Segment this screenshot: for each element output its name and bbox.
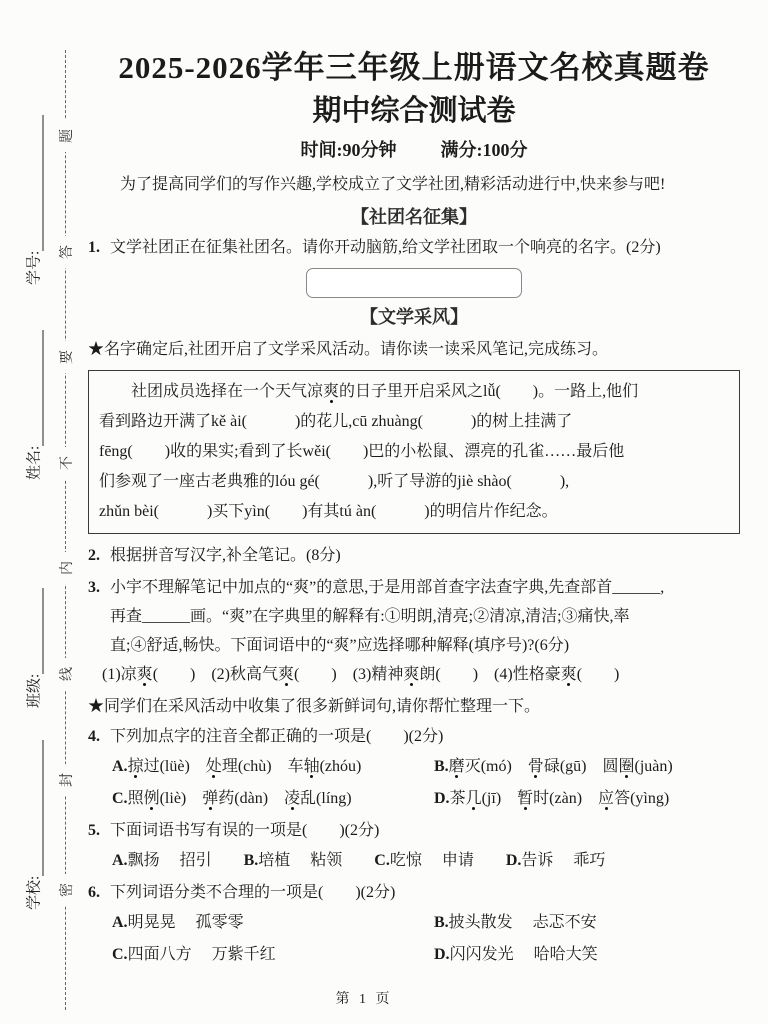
- seal-char: 内: [56, 552, 76, 584]
- question-3-number: 3.: [88, 573, 100, 602]
- exam-content: 2025-2026学年三年级上册语文名校真题卷 期中综合测试卷 时间:90分钟满…: [88, 48, 740, 971]
- full-score: 满分:100分: [441, 140, 528, 160]
- option-b: B.磨灭(mó) 骨碌(gū) 圆圈(juàn): [434, 751, 740, 783]
- note-line: 看到路边开满了kě ài( )的花儿,cū zhuàng( )的树上挂满了: [99, 407, 729, 437]
- seal-char: 不: [56, 447, 76, 479]
- question-5-text: 下面词语书写有误的一项是( )(2分): [110, 822, 379, 839]
- option-a: A.明晃晃 孤零零: [112, 907, 434, 939]
- question-6: 6. 下列词语分类不合理的一项是( )(2分): [88, 878, 740, 907]
- note-line: fēng( )收的果实;看到了长wěi( )巴的小松鼠、漂亮的孔雀……最后他: [99, 437, 729, 467]
- question-5-number: 5.: [88, 816, 100, 845]
- question-2-number: 2.: [88, 541, 100, 570]
- question-3-items: (1)凉爽( ) (2)秋高气爽( ) (3)精神爽朗( ) (4)性格豪爽( …: [88, 660, 740, 690]
- option-a: A.掠过(lüè) 处理(chù) 车轴(zhóu): [112, 751, 434, 783]
- question-6-options-row1: A.明晃晃 孤零零 B.披头散发 忐忑不安: [88, 907, 740, 939]
- seal-char: 线: [56, 658, 76, 690]
- question-3: 3. 小宇不理解笔记中加点的“爽”的意思,于是用部首查字法查字典,先查部首___…: [88, 573, 740, 660]
- section-heading-field-trip: 【文学采风】: [88, 304, 740, 330]
- student-name-label: 姓名:: [23, 446, 44, 480]
- note-line: 社团成员选择在一个天气凉爽的日子里开启采风之lǚ( )。一路上,他们: [99, 377, 729, 407]
- option-c: C.照例(liè) 弹药(dàn) 凌乱(líng): [112, 783, 434, 815]
- school-blank: [23, 740, 44, 876]
- seal-char: 题: [56, 120, 76, 152]
- student-number-blank: [23, 115, 44, 251]
- class-label: 班级:: [23, 674, 44, 708]
- class-field: 班级:: [23, 588, 44, 708]
- question-2-text: 根据拼音写汉字,补全笔记。(8分): [110, 547, 341, 564]
- option-d: D.闪闪发光 哈哈大笑: [434, 939, 740, 971]
- question-4-number: 4.: [88, 722, 100, 751]
- page-number: 第 1 页: [0, 988, 728, 1008]
- seal-char: 答: [56, 236, 76, 268]
- school-field: 学校:: [23, 740, 44, 910]
- seal-char: 密: [56, 874, 76, 906]
- question-5: 5. 下面词语书写有误的一项是( )(2分): [88, 816, 740, 845]
- paper-meta: 时间:90分钟满分:100分: [88, 138, 740, 162]
- question-6-number: 6.: [88, 878, 100, 907]
- note-line: 们参观了一座古老典雅的lóu gé( ),听了导游的jiè shào( ),: [99, 467, 729, 497]
- question-2: 2. 根据拼音写汉字,补全笔记。(8分): [88, 541, 740, 570]
- option-c: C.四面八方 万紫千红: [112, 939, 434, 971]
- question-1: 1. 文学社团正在征集社团名。请你开动脑筋,给文学社团取一个响亮的名字。(2分): [88, 233, 740, 262]
- student-number-field: 学号:: [23, 115, 44, 285]
- seal-line: 题 答 要 不 内 线 封 密: [65, 50, 66, 1010]
- option-d: D.茶几(jī) 暂时(zàn) 应答(yìng): [434, 783, 740, 815]
- field-trip-instruction: ★名字确定后,社团开启了文学采风活动。请你读一读采风笔记,完成练习。: [88, 335, 740, 364]
- question-1-number: 1.: [88, 233, 100, 262]
- question-4-options-row2: C.照例(liè) 弹药(dàn) 凌乱(líng) D.茶几(jī) 暂时(z…: [88, 783, 740, 815]
- note-line: zhǔn bèi( )买下yìn( )有其tú àn( )的明信片作纪念。: [99, 497, 729, 527]
- question-3-line3: 直;④舒适,畅快。下面词语中的“爽”应选择哪种解释(填序号)?(6分): [110, 631, 740, 660]
- question-6-text: 下列词语分类不合理的一项是( )(2分): [110, 884, 395, 901]
- school-label: 学校:: [23, 876, 44, 910]
- question-4: 4. 下列加点字的注音全都正确的一项是( )(2分): [88, 722, 740, 751]
- word-sorting-instruction: ★同学们在采风活动中收集了很多新鲜词句,请你帮忙整理一下。: [88, 692, 740, 721]
- paper-subtitle: 期中综合测试卷: [88, 92, 740, 130]
- seal-char: 封: [56, 764, 76, 796]
- student-name-blank: [23, 330, 44, 446]
- question-4-options-row1: A.掠过(lüè) 处理(chù) 车轴(zhóu) B.磨灭(mó) 骨碌(g…: [88, 751, 740, 783]
- student-number-label: 学号:: [23, 251, 44, 285]
- option-b: B.披头散发 忐忑不安: [434, 907, 740, 939]
- time-limit: 时间:90分钟: [301, 140, 397, 160]
- field-notes-box: 社团成员选择在一个天气凉爽的日子里开启采风之lǚ( )。一路上,他们 看到路边开…: [88, 370, 740, 534]
- exam-paper-page: 题 答 要 不 内 线 封 密 学号: 姓名: 班级: 学校: 2025-202…: [0, 0, 768, 1024]
- question-3-line2: 再查______画。“爽”在字典里的解释有:①明朗,清亮;②清凉,清洁;③痛快,…: [110, 602, 740, 631]
- question-3-line1: 小宇不理解笔记中加点的“爽”的意思,于是用部首查字法查字典,先查部首______…: [110, 573, 740, 602]
- paper-title: 2025-2026学年三年级上册语文名校真题卷: [88, 48, 740, 88]
- section-heading-club-name: 【社团名征集】: [88, 204, 740, 230]
- question-5-options: A.飘扬 招引 B.培植 粘领 C.吃惊 申请 D.告诉 乖巧: [88, 845, 740, 877]
- student-name-field: 姓名:: [23, 330, 44, 480]
- class-blank: [23, 588, 44, 674]
- question-6-options-row2: C.四面八方 万紫千红 D.闪闪发光 哈哈大笑: [88, 939, 740, 971]
- question-1-text: 文学社团正在征集社团名。请你开动脑筋,给文学社团取一个响亮的名字。(2分): [110, 239, 661, 256]
- seal-char: 要: [56, 341, 76, 373]
- club-name-answer-box: [306, 268, 522, 298]
- intro-text: 为了提高同学们的写作兴趣,学校成立了文学社团,精彩活动进行中,快来参与吧!: [88, 172, 740, 198]
- question-4-text: 下列加点字的注音全都正确的一项是( )(2分): [110, 728, 443, 745]
